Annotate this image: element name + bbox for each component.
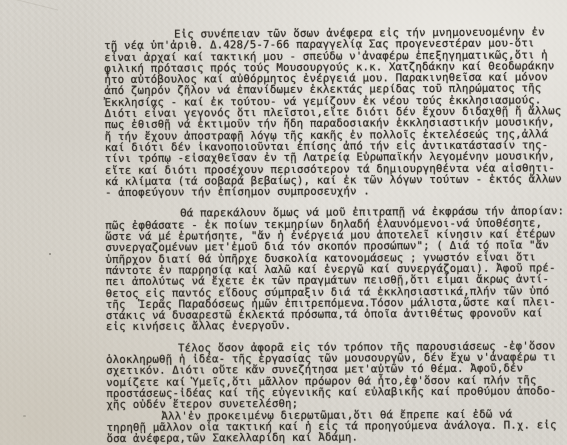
paper-crease bbox=[0, 0, 58, 36]
text-line: - ἀποφεύγουν τήν ἐπίσημον συμπροσευχήν . bbox=[105, 184, 563, 198]
scanned-page: Εἰς συνέπειαν τῶν ὅσων ἀνέφερα εἰς τήν μ… bbox=[0, 0, 567, 445]
text-line: ὅσα ἀνέφερα,τῶν Σακελλαρίδη καί Ἀδάμη. bbox=[106, 430, 564, 444]
text-line: εἰς κινήσεις ἄλλας ἐνεργοῦν. bbox=[106, 319, 564, 333]
paper-speck bbox=[49, 253, 51, 255]
typewritten-text: Εἰς συνέπειαν τῶν ὅσων ἀνέφερα εἰς τήν μ… bbox=[104, 26, 565, 444]
paragraph-3: Τέλος ὅσον ἀφορᾶ εἰς τόν τρόπον τῆς παρο… bbox=[106, 340, 564, 411]
paragraph-4: Ἀλλ'ἐν προκειμένῳ διερωτῶμαι,ὅτι θά ἔπρε… bbox=[106, 408, 564, 445]
paragraph-2: Θά παρεκάλουν ὅμως νά μοῦ ἐπιτραπῇ νά ἐκ… bbox=[105, 206, 564, 333]
paper-speck bbox=[23, 415, 26, 417]
paragraph-1: Εἰς συνέπειαν τῶν ὅσων ἀνέφερα εἰς τήν μ… bbox=[104, 26, 563, 198]
